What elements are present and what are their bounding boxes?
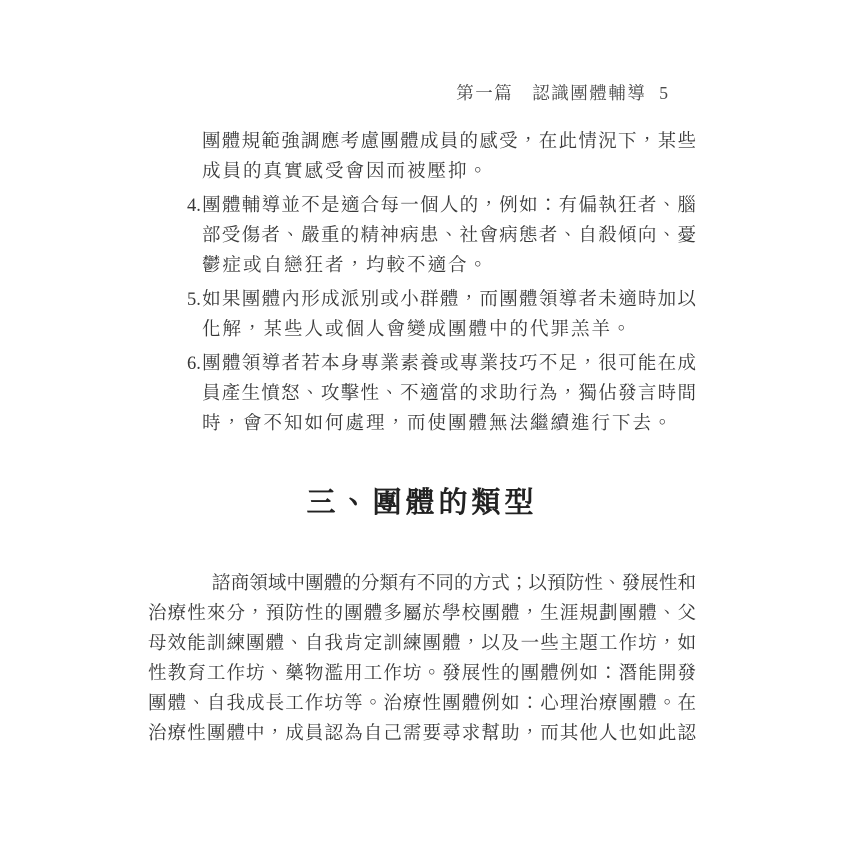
text-line: 團體規範強調應考慮團體成員的感受，在此情況下，某些: [202, 127, 696, 157]
text-line: 性教育工作坊、藥物濫用工作坊。發展性的團體例如：潛能開發: [148, 659, 696, 689]
text-line: 4.團體輔導並不是適合每一個人的，例如：有偏執狂者、腦: [202, 191, 696, 221]
numbered-list: 團體規範強調應考慮團體成員的感受，在此情況下，某些成員的真實感受會因而被壓抑。4…: [148, 127, 696, 439]
paragraph: 諮商領域中團體的分類有不同的方式；以預防性、發展性和治療性來分，預防性的團體多屬…: [148, 569, 696, 749]
text-line: 治療性團體中，成員認為自己需要尋求幫助，而其他人也如此認: [148, 719, 696, 749]
text-line: 諮商領域中團體的分類有不同的方式；以預防性、發展性和: [212, 569, 696, 599]
page-number: 5: [659, 83, 668, 103]
running-header: 第一篇 認識團體輔導5: [148, 80, 668, 105]
list-item: 6.團體領導者若本身專業素養或專業技巧不足，很可能在成員產生憤怒、攻擊性、不適當…: [148, 349, 696, 439]
text-line: 員產生憤怒、攻擊性、不適當的求助行為，獨佔發言時間: [202, 379, 696, 409]
book-page: 第一篇 認識團體輔導5 團體規範強調應考慮團體成員的感受，在此情況下，某些成員的…: [0, 0, 850, 850]
text-line: 團體、自我成長工作坊等。治療性團體例如：心理治療團體。在: [148, 689, 696, 719]
text-line: 5.如果團體內形成派別或小群體，而團體領導者未適時加以: [202, 285, 696, 315]
text-line: 6.團體領導者若本身專業素養或專業技巧不足，很可能在成: [202, 349, 696, 379]
list-item: 團體規範強調應考慮團體成員的感受，在此情況下，某些成員的真實感受會因而被壓抑。: [148, 127, 696, 187]
text-line: 鬱症或自戀狂者，均較不適合。: [202, 251, 696, 281]
section-heading: 三、團體的類型: [148, 482, 696, 522]
list-item: 4.團體輔導並不是適合每一個人的，例如：有偏執狂者、腦部受傷者、嚴重的精神病患、…: [148, 191, 696, 281]
page-content: 團體規範強調應考慮團體成員的感受，在此情況下，某些成員的真實感受會因而被壓抑。4…: [148, 127, 696, 749]
text-line: 成員的真實感受會因而被壓抑。: [202, 157, 696, 187]
list-item: 5.如果團體內形成派別或小群體，而團體領導者未適時加以化解，某些人或個人會變成團…: [148, 285, 696, 345]
chapter-title: 第一篇 認識團體輔導: [456, 83, 646, 103]
text-line: 治療性來分，預防性的團體多屬於學校團體，生涯規劃團體、父: [148, 599, 696, 629]
text-line: 母效能訓練團體、自我肯定訓練團體，以及一些主題工作坊，如: [148, 629, 696, 659]
text-line: 部受傷者、嚴重的精神病患、社會病態者、自殺傾向、憂: [202, 221, 696, 251]
text-line: 時，會不知如何處理，而使團體無法繼續進行下去。: [202, 409, 696, 439]
text-line: 化解，某些人或個人會變成團體中的代罪羔羊。: [202, 315, 696, 345]
